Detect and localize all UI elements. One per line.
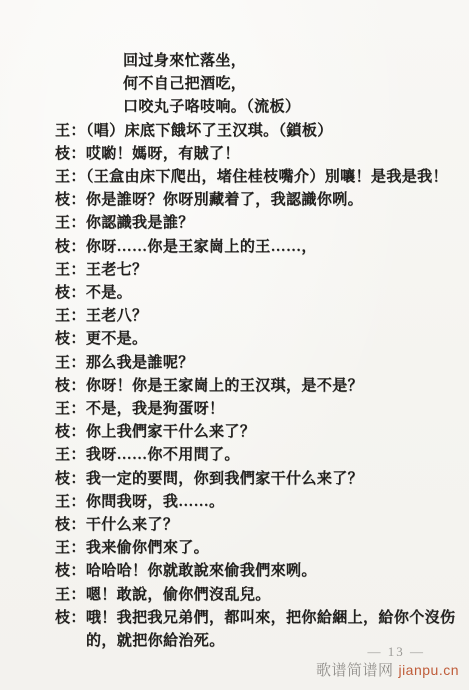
line-text: 不是。 [86,285,132,301]
script-line: 王：那么我是誰呢？ [55,352,463,375]
script-line: 王：不是，我是狗蛋呀！ [55,398,463,421]
script-line: 枝：我一定的要問，你到我們家干什么来了？ [55,468,463,491]
line-text: 口咬丸子咯吱响。（流板） [123,99,300,115]
script-line: 王：王老七？ [55,259,463,282]
line-text: 不是，我是狗蛋呀！ [86,401,225,417]
script-line: 王：你問我呀，我……。 [55,491,463,514]
script-line: 王：嗯！敢說，偷你們沒乱兒。 [55,584,463,607]
line-text: 你呀！你是王家崗上的王汉琪，是不是？ [86,378,363,394]
line-text: 更不是。 [86,331,148,347]
speaker-label: 枝： [55,239,86,255]
script-line: 王：（唱）床底下餓坏了王汉琪。（鎖板） [55,120,463,143]
line-text: 何不自己把酒吃， [123,76,246,92]
line-text: 我呀……你不用問了。 [86,447,240,463]
line-text: 回过身來忙落坐， [123,53,246,69]
watermark-url: jianpu.cn [398,662,459,678]
page-number: — 13 — [368,644,426,660]
line-text: 哈哈哈！你就敢說來偷我們來咧。 [86,563,317,579]
watermark-site-name: 歌谱简谱网 [316,663,394,679]
line-text: 嗯！敢說，偷你們沒乱兒。 [86,587,271,603]
scanned-script-page: 回过身來忙落坐，何不自己把酒吃，口咬丸子咯吱响。（流板）王：（唱）床底下餓坏了王… [0,0,469,690]
script-line: 王：（王盒由床下爬出，堵住桂枝嘴介）別嚷！是我是我！ [55,166,463,189]
line-text: （唱）床底下餓坏了王汉琪。（鎖板） [86,123,333,139]
speaker-label: 王： [55,401,86,417]
speaker-label: 枝： [55,517,86,533]
speaker-label: 王： [55,355,86,371]
script-line: 枝：哈哈哈！你就敢說來偷我們來咧。 [55,560,463,583]
script-line: 枝：干什么来了？ [55,514,463,537]
speaker-label: 枝： [55,146,86,162]
script-line: 枝：哦！我把我兄弟們，都叫來，把你給綑上，給你个沒伤 [55,607,463,630]
line-text: 你呀……你是王家崗上的王……， [86,239,317,255]
line-text: 你上我們家干什么来了？ [86,424,255,440]
speaker-label: 王： [55,262,86,278]
line-text: 哎喲！媽呀，有賊了！ [86,146,240,162]
speaker-label: 王： [55,308,86,324]
speaker-label: 枝： [55,331,86,347]
script-line: 枝：不是。 [55,282,463,305]
script-line: 王：我呀……你不用問了。 [55,444,463,467]
line-text: 那么我是誰呢？ [86,355,194,371]
script-line: 口咬丸子咯吱响。（流板） [55,96,463,119]
script-lines: 回过身來忙落坐，何不自己把酒吃，口咬丸子咯吱响。（流板）王：（唱）床底下餓坏了王… [55,50,463,653]
speaker-label: 枝： [55,285,86,301]
speaker-label: 枝： [55,424,86,440]
line-text: 我来偷你們來了。 [86,540,209,556]
line-text: 哦！我把我兄弟們，都叫來，把你給綑上，給你个沒伤 [86,610,456,626]
line-text: 的，就把你給治死。 [86,633,225,649]
speaker-label: 王： [55,447,86,463]
speaker-label: 王： [55,587,86,603]
speaker-label: 枝： [55,610,86,626]
script-line: 王：王老八？ [55,305,463,328]
speaker-label: 王： [55,169,86,185]
line-text: 你是誰呀？你呀別藏着了，我認識你咧。 [86,192,363,208]
watermark: 歌谱简谱网jianpu.cn [316,659,459,680]
speaker-label: 枝： [55,563,86,579]
speaker-label: 王： [55,494,86,510]
script-line: 枝：你呀！你是王家崗上的王汉琪，是不是？ [55,375,463,398]
speaker-label: 枝： [55,192,86,208]
line-text: （王盒由床下爬出，堵住桂枝嘴介）別嚷！是我是我！ [86,169,448,185]
script-line: 王：你認識我是誰？ [55,212,463,235]
script-line: 回过身來忙落坐， [55,50,463,73]
speaker-label: 枝： [55,471,86,487]
line-text: 王老七？ [86,262,148,278]
script-line: 王：我来偷你們來了。 [55,537,463,560]
script-line: 何不自己把酒吃， [55,73,463,96]
script-line: 枝：更不是。 [55,328,463,351]
speaker-label: 王： [55,215,86,231]
line-text: 王老八？ [86,308,148,324]
script-line: 枝：你呀……你是王家崗上的王……， [55,236,463,259]
line-text: 我一定的要問，你到我們家干什么来了？ [86,471,363,487]
speaker-label: 枝： [55,378,86,394]
speaker-label: 王： [55,123,86,139]
line-text: 干什么来了？ [86,517,178,533]
line-text: 你認識我是誰？ [86,215,194,231]
script-line: 枝：你是誰呀？你呀別藏着了，我認識你咧。 [55,189,463,212]
script-line: 枝：哎喲！媽呀，有賊了！ [55,143,463,166]
script-line: 枝：你上我們家干什么来了？ [55,421,463,444]
line-text: 你問我呀，我……。 [86,494,225,510]
speaker-label: 王： [55,540,86,556]
